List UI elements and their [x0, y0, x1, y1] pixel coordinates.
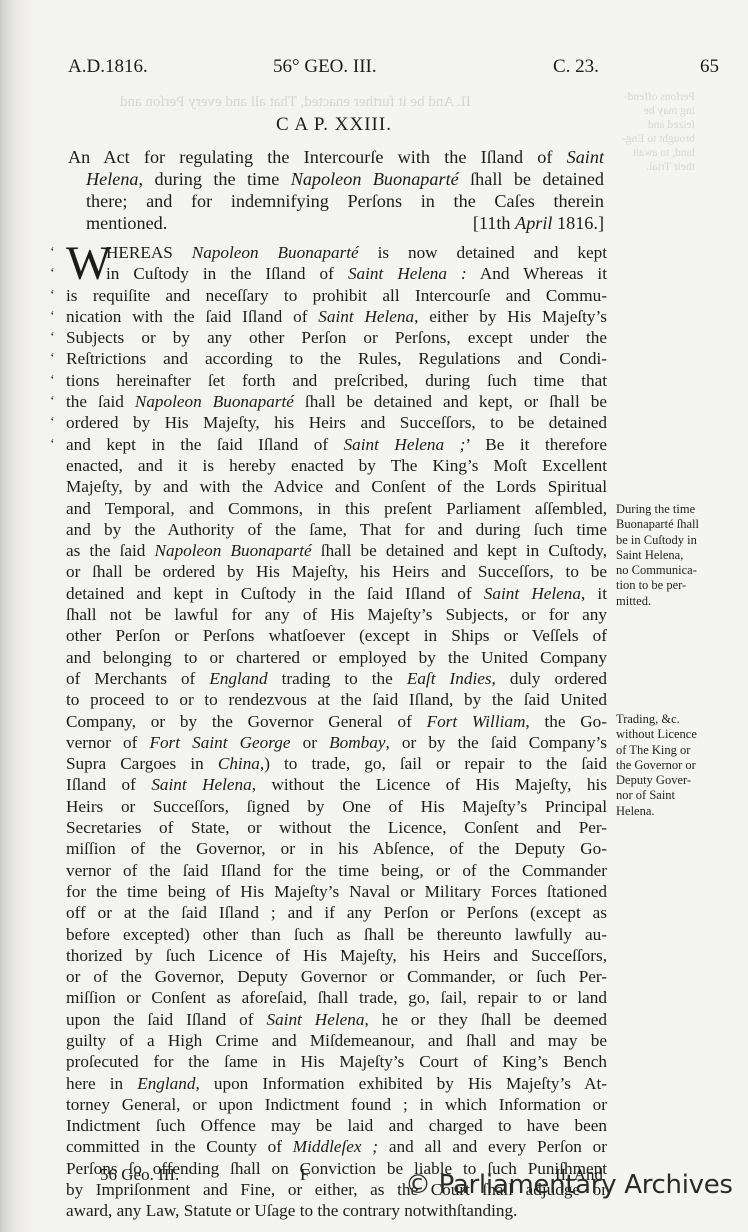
act-body-text: ‘HEREAS Napoleon Buonaparté is now detai…: [66, 242, 607, 1222]
body-text-line: award, any Law, Statute or Uſage to the …: [66, 1200, 607, 1221]
body-text-line: or of the Governor, Deputy Governor or C…: [66, 966, 607, 987]
body-text-line: Majeſty, by and with the Advice and Conſ…: [66, 476, 607, 497]
body-text-line: for the time being of His Majeſty’s Nava…: [66, 881, 607, 902]
body-text-line: ‘tions hereinafter ſet forth and preſcri…: [66, 370, 607, 391]
body-text-line: ‘in Cuſtody in the Iſland of Saint Helen…: [66, 263, 607, 284]
body-text-line: ‘Reſtrictions and according to the Rules…: [66, 348, 607, 369]
recital-quote-mark: ‘: [50, 412, 55, 433]
body-text-line: Supra Cargoes in China,) to trade, go, ſ…: [66, 753, 607, 774]
body-text-line: miſſion or Conſent as aforeſaid, ſhall t…: [66, 987, 607, 1008]
body-text-line: Heirs or Succeſſors, ſigned by One of Hi…: [66, 796, 607, 817]
running-head-year: A.D.1816.: [68, 56, 148, 78]
body-text-line: here in England, upon Information exhibi…: [66, 1073, 607, 1094]
recital-quote-mark: ‘: [50, 327, 55, 348]
body-text-line: thorized by ſuch Licence of His Majeſty,…: [66, 945, 607, 966]
show-through-text: II. And be it further enacted, That all …: [120, 92, 471, 112]
body-text-line: guilty of a High Crime and Miſdemeanour,…: [66, 1030, 607, 1051]
recital-quote-mark: ‘: [50, 306, 55, 327]
body-text-line: ‘nication with the ſaid Iſland of Saint …: [66, 306, 607, 327]
recital-quote-mark: ‘: [50, 391, 55, 412]
recital-quote-mark: ‘: [50, 370, 55, 391]
long-title-ending: mentioned.: [86, 212, 167, 234]
body-text-line: as the ſaid Napoleon Buonaparté ſhall be…: [66, 540, 607, 561]
long-title-line: mentioned. [11th April 1816.]: [68, 212, 604, 234]
body-text-line: vernor of Fort Saint George or Bombay, o…: [66, 732, 607, 753]
body-text-line: Indictment ſuch Offence may be laid and …: [66, 1115, 607, 1136]
marginal-note-no-communication: During the time Buonaparté ſhall be in C…: [616, 502, 746, 609]
body-text-line: enacted, and it is hereby enacted by The…: [66, 455, 607, 476]
body-text-line: vernor of the ſaid Iſland for the time b…: [66, 860, 607, 881]
body-text-line: ſhall not be lawful for any of His Majeſ…: [66, 604, 607, 625]
body-text-line: before excepted) other than ſuch as ſhal…: [66, 924, 607, 945]
recital-quote-mark: ‘: [50, 263, 55, 284]
body-text-line: or ſhall be ordered by His Majeſty, his …: [66, 561, 607, 582]
body-text-line: to proceed to or to rendezvous at the ſa…: [66, 689, 607, 710]
body-text-line: of Merchants of England trading to the E…: [66, 668, 607, 689]
body-text-line: Company, or by the Governor General of F…: [66, 711, 607, 732]
page-number: 65: [700, 56, 719, 78]
show-through-margin-note: Perſons offend- ing may be ſeized and br…: [622, 90, 695, 174]
signature-mark: F: [300, 1165, 309, 1185]
body-text-line: ‘and kept in the ſaid Iſland of Saint He…: [66, 434, 607, 455]
recital-quote-mark: ‘: [50, 285, 55, 306]
body-text-line: ‘is requiſite and neceſſary to prohibit …: [66, 285, 607, 306]
body-text-line: and Temporal, and Commons, in this preſe…: [66, 498, 607, 519]
body-text-line: ‘Subjects or by any other Perſon or Perſ…: [66, 327, 607, 348]
recital-quote-mark: ‘: [50, 242, 55, 263]
act-long-title: An Act for regulating the Intercourſe wi…: [68, 146, 604, 234]
body-text-line: ‘HEREAS Napoleon Buonaparté is now detai…: [66, 242, 607, 263]
body-text-line: committed in the County of Middleſex ; a…: [66, 1136, 607, 1157]
body-text-line: Secretaries of State, or without the Lic…: [66, 817, 607, 838]
body-text-line: Iſland of Saint Helena, without the Lice…: [66, 774, 607, 795]
marginal-note-trading-without-licence: Trading, &c. without Licence of The King…: [616, 712, 746, 819]
running-head: A.D.1816. 56° GEO. III. C. 23. 65: [0, 56, 748, 80]
body-text-line: ‘ordered by His Majeſty, his Heirs and S…: [66, 412, 607, 433]
royal-assent-date: [11th April 1816.]: [473, 212, 604, 234]
body-text-line: ‘the ſaid Napoleon Buonaparté ſhall be d…: [66, 391, 607, 412]
copyright-watermark: © Parliamentary Archives: [405, 1170, 733, 1200]
body-text-line: proſecuted for the ſame in His Majeſty’s…: [66, 1051, 607, 1072]
chapter-heading: C A P. XXIII.: [0, 114, 608, 136]
long-title-line: An Act for regulating the Intercourſe wi…: [68, 146, 604, 168]
long-title-line: there; and for indemnifying Perſons in t…: [68, 190, 604, 212]
drop-cap-letter: W: [66, 244, 111, 286]
body-text-line: other Perſon or Perſons whatſoever (exce…: [66, 625, 607, 646]
body-text-line: off or at the ſaid Iſland ; and if any P…: [66, 902, 607, 923]
body-text-line: miſſion of the Governor, or in his Abſen…: [66, 838, 607, 859]
long-title-line: Helena, during the time Napoleon Buonapa…: [68, 168, 604, 190]
body-text-line: and belonging to or chartered or employe…: [66, 647, 607, 668]
recital-quote-mark: ‘: [50, 348, 55, 369]
footer-regnal-year: 56 Geo. III.: [100, 1165, 179, 1185]
running-head-regnal-year: 56° GEO. III.: [273, 56, 377, 78]
body-text-line: torney General, or upon Indictment found…: [66, 1094, 607, 1115]
body-text-line: and by the Authority of the ſame, That f…: [66, 519, 607, 540]
running-head-chapter: C. 23.: [553, 56, 599, 78]
body-text-line: detained and kept in Cuſtody in the ſaid…: [66, 583, 607, 604]
recital-quote-mark: ‘: [50, 434, 55, 455]
body-text-line: upon the ſaid Iſland of Saint Helena, he…: [66, 1009, 607, 1030]
